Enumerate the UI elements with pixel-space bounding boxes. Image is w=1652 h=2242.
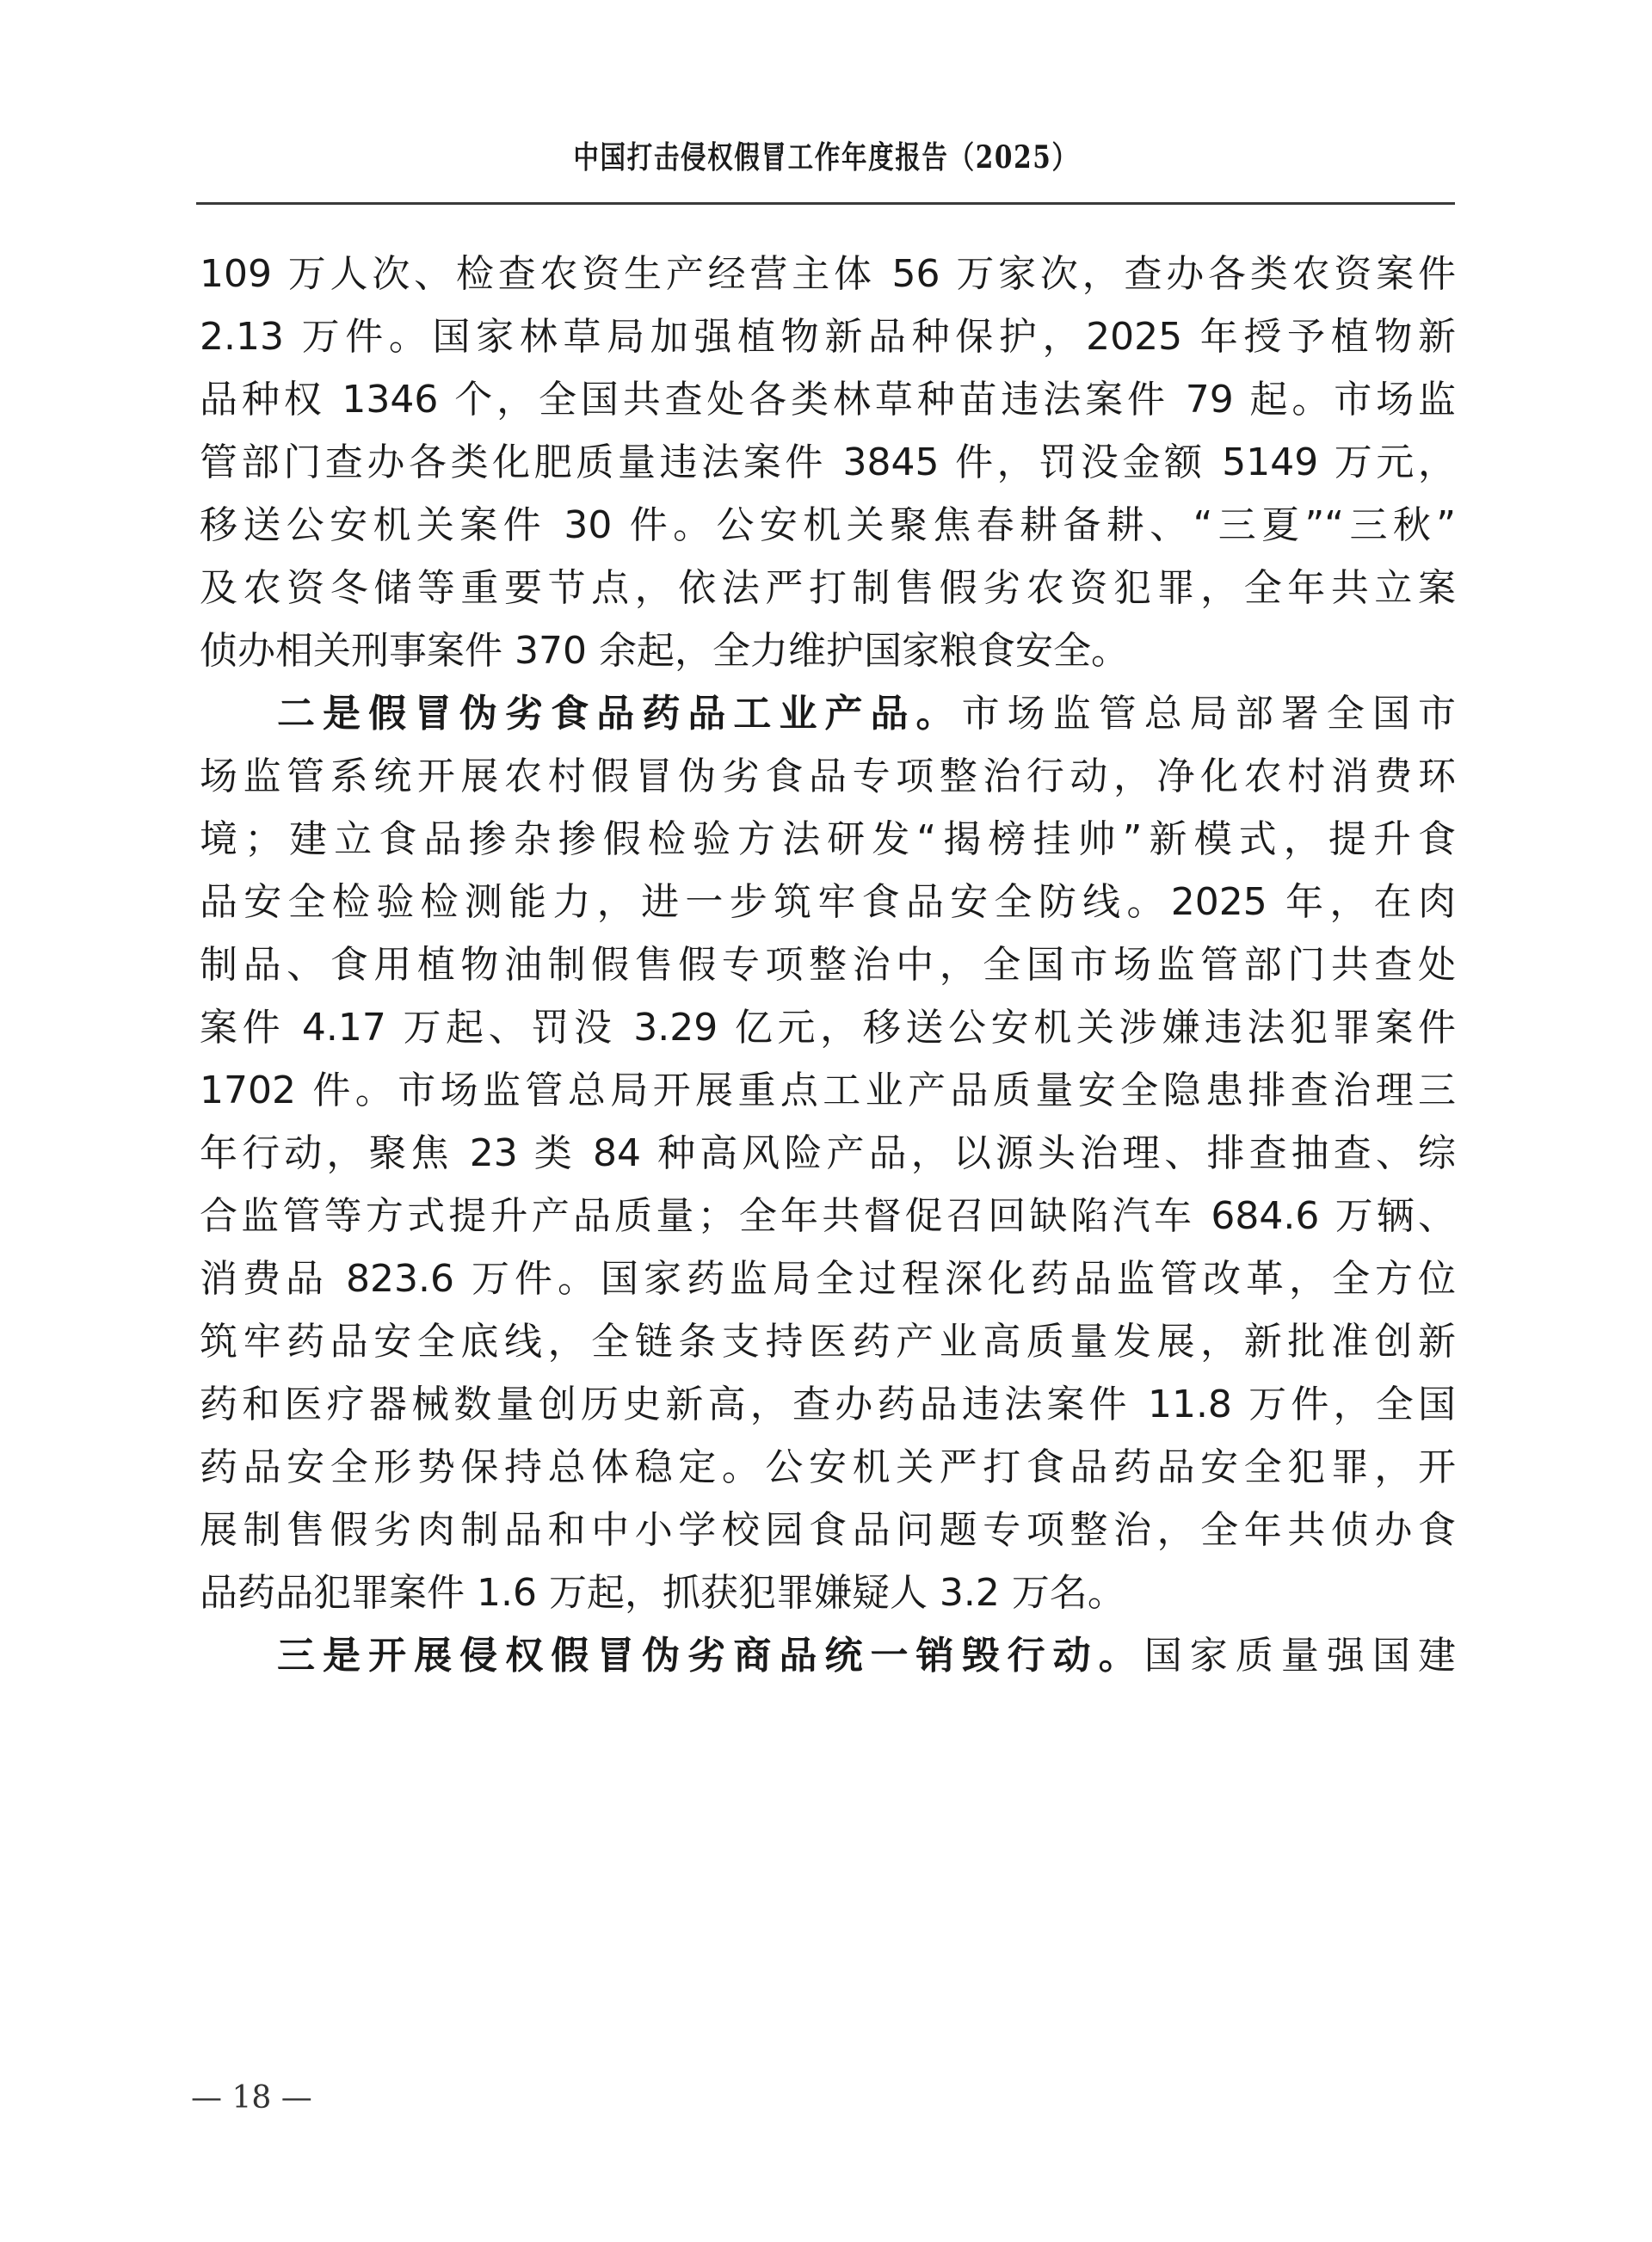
text-span: 市场监管总局部署全国市 <box>962 692 1456 736</box>
paragraph-first-line: 二是假冒伪劣食品药品工业产品。市场监管总局部署全国市 <box>200 682 1456 745</box>
text-line: 品种权 1346 个，全国共查处各类林草种苗违法案件 79 起。市场监 <box>200 368 1456 431</box>
paragraph-lead-heading: 三是开展侵权假冒伪劣商品统一销毁行动。 <box>277 1634 1144 1678</box>
page-number: — 18 — <box>191 2080 312 2116</box>
text-line: 及农资冬储等重要节点，依法严打制售假劣农资犯罪，全年共立案 <box>200 557 1456 619</box>
text-line: 2.13 万件。国家林草局加强植物新品种保护，2025 年授予植物新 <box>200 305 1456 368</box>
text-line: 品安全检验检测能力，进一步筑牢食品安全防线。2025 年，在肉 <box>200 871 1456 933</box>
page-header-title: 中国打击侵权假冒工作年度报告（2025） <box>149 133 1503 177</box>
text-span: 国家质量强国建 <box>1144 1634 1456 1678</box>
text-line: 消费品 823.6 万件。国家药监局全过程深化药品监管改革，全方位 <box>200 1247 1456 1310</box>
text-line: 年行动，聚焦 23 类 84 种高风险产品，以源头治理、排查抽查、综 <box>200 1122 1456 1185</box>
text-line: 展制售假劣肉制品和中小学校园食品问题专项整治，全年共侦办食 <box>200 1499 1456 1561</box>
text-line: 侦办相关刑事案件 370 余起，全力维护国家粮食安全。 <box>200 619 1456 682</box>
header-divider <box>196 202 1455 205</box>
text-line: 109 万人次、检查农资生产经营主体 56 万家次，查办各类农资案件 <box>200 243 1456 305</box>
text-line: 筑牢药品安全底线，全链条支持医药产业高质量发展，新批准创新 <box>200 1310 1456 1373</box>
text-line: 药品安全形势保持总体稳定。公安机关严打食品药品安全犯罪，开 <box>200 1436 1456 1499</box>
paragraph-first-line: 三是开展侵权假冒伪劣商品统一销毁行动。国家质量强国建 <box>200 1624 1456 1687</box>
text-line: 移送公安机关案件 30 件。公安机关聚焦春耕备耕、“三夏”“三秋” <box>200 494 1456 557</box>
text-line: 境；建立食品掺杂掺假检验方法研发“揭榜挂帅”新模式，提升食 <box>200 808 1456 871</box>
text-line: 药和医疗器械数量创历史新高，查办药品违法案件 11.8 万件，全国 <box>200 1373 1456 1436</box>
paragraph-lead-heading: 二是假冒伪劣食品药品工业产品。 <box>277 692 962 736</box>
document-body: 109 万人次、检查农资生产经营主体 56 万家次，查办各类农资案件 2.13 … <box>200 243 1456 1687</box>
text-line: 合监管等方式提升产品质量；全年共督促召回缺陷汽车 684.6 万辆、 <box>200 1185 1456 1247</box>
text-line: 案件 4.17 万起、罚没 3.29 亿元，移送公安机关涉嫌违法犯罪案件 <box>200 996 1456 1059</box>
text-line: 管部门查办各类化肥质量违法案件 3845 件，罚没金额 5149 万元， <box>200 431 1456 494</box>
text-line: 品药品犯罪案件 1.6 万起，抓获犯罪嫌疑人 3.2 万名。 <box>200 1561 1456 1624</box>
text-line: 制品、食用植物油制假售假专项整治中，全国市场监管部门共查处 <box>200 933 1456 996</box>
text-line: 场监管系统开展农村假冒伪劣食品专项整治行动，净化农村消费环 <box>200 745 1456 808</box>
text-line: 1702 件。市场监管总局开展重点工业产品质量安全隐患排查治理三 <box>200 1059 1456 1122</box>
